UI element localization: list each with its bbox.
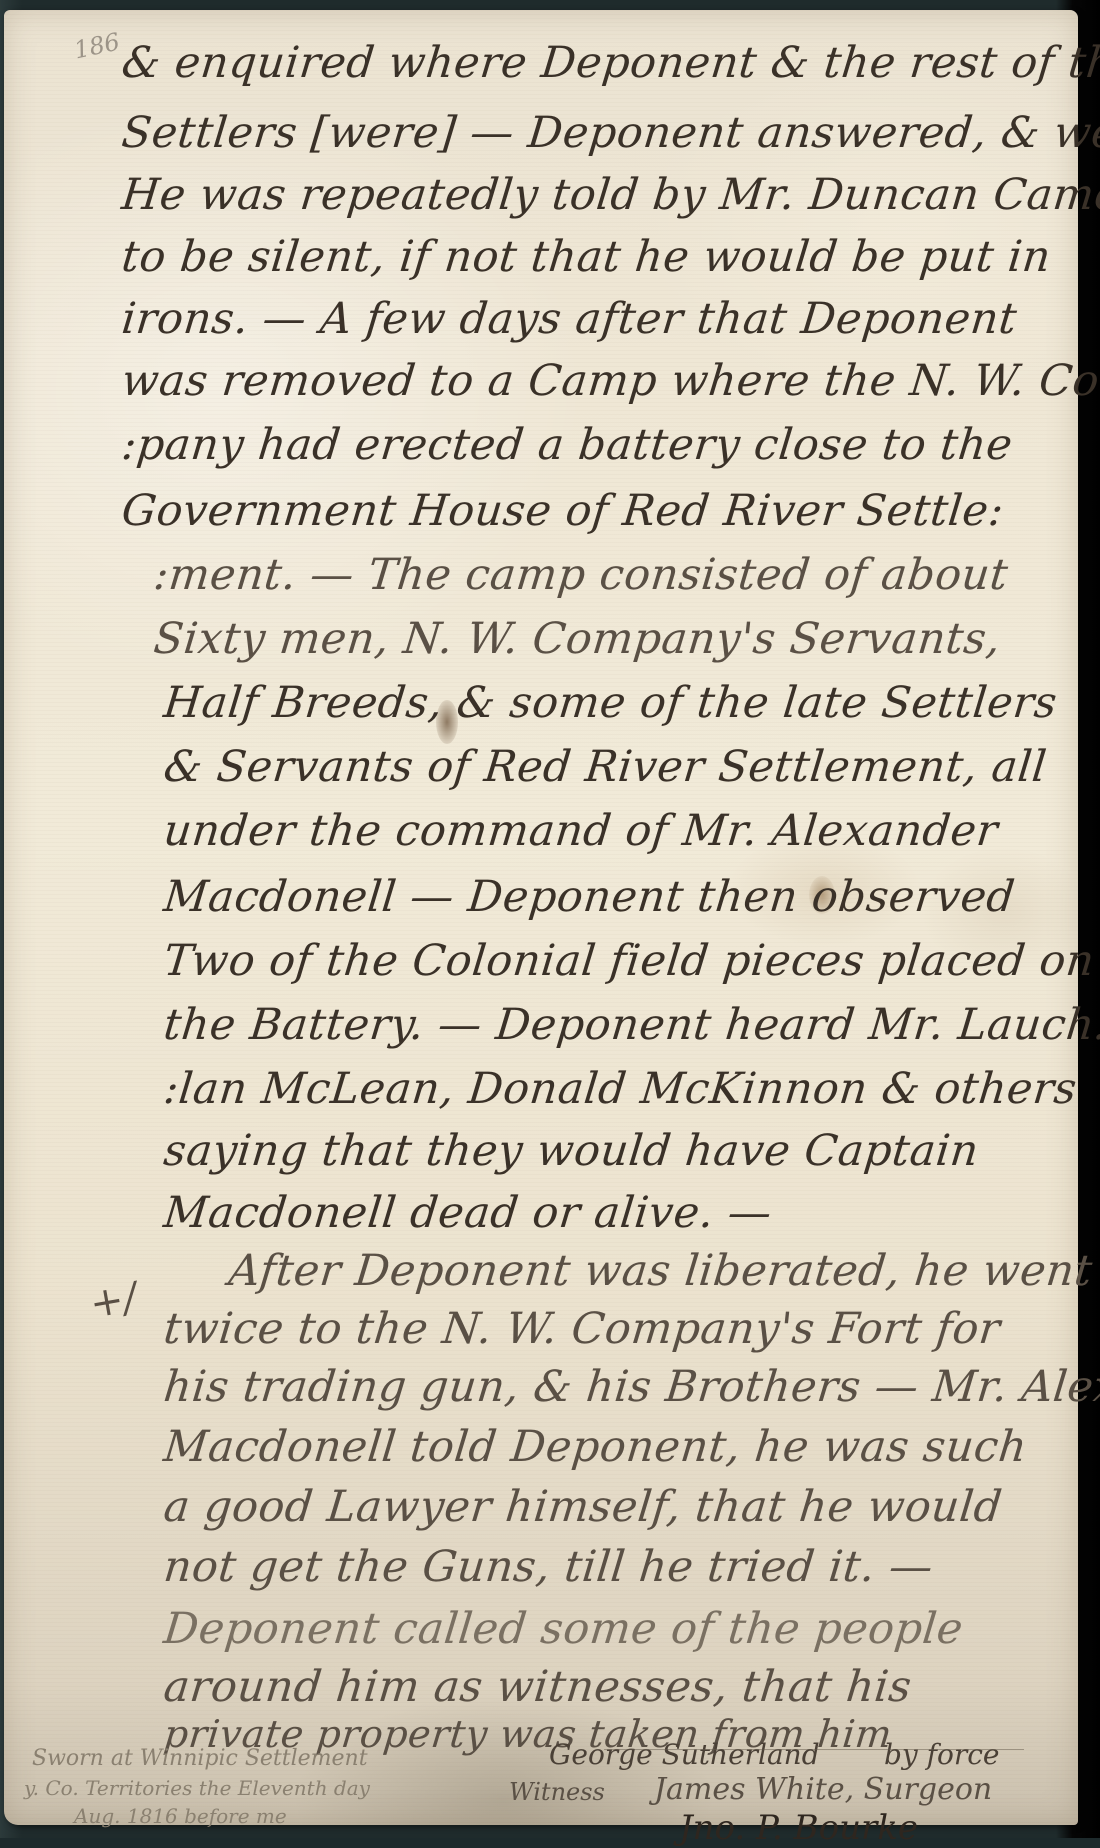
- witness-label: Witness: [509, 1778, 605, 1806]
- jurat-line-1: Sworn at Winnipic Settlement: [32, 1746, 368, 1771]
- text-line: Two of the Colonial field pieces placed …: [161, 936, 1097, 986]
- by-force-text: by force: [884, 1738, 1000, 1771]
- jurat-line-3: Aug. 1816 before me: [74, 1804, 287, 1828]
- text-line: Sixty men, N. W. Company's Servants,: [151, 614, 1003, 664]
- text-line: & enquired where Deponent & the rest of …: [119, 38, 1100, 88]
- text-line: Deponent called some of the people: [161, 1604, 965, 1654]
- margin-cross-mark: +/: [86, 1274, 140, 1327]
- deponent-signature: George Sutherland: [549, 1738, 820, 1771]
- text-line: saying that they would have Captain: [161, 1126, 981, 1176]
- text-line: was removed to a Camp where the N. W. Co…: [119, 356, 1100, 406]
- text-line: :ment. — The camp consisted of about: [151, 550, 1010, 600]
- text-line: the Battery. — Deponent heard Mr. Lauch:: [161, 1000, 1100, 1050]
- text-line: a good Lawyer himself, that he would: [161, 1482, 1004, 1532]
- text-line: around him as witnesses, that his: [161, 1662, 914, 1712]
- witness-name: James White, Surgeon: [654, 1772, 992, 1807]
- text-line: not get the Guns, till he tried it. —: [161, 1542, 935, 1592]
- text-line: Government House of Red River Settle:: [119, 486, 1006, 536]
- text-line: Settlers [were] — Deponent answered, & w…: [119, 108, 1100, 158]
- text-line: Half Breeds, & some of the late Settlers: [161, 678, 1059, 728]
- text-line: Macdonell told Deponent, he was such: [161, 1422, 1029, 1472]
- text-line: irons. — A few days after that Deponent: [119, 294, 1019, 344]
- manuscript-page: 186 & enquired where Deponent & the rest…: [4, 10, 1078, 1825]
- text-line: After Deponent was liberated, he went: [226, 1246, 1095, 1296]
- body-text: & enquired where Deponent & the rest of …: [4, 10, 1078, 1825]
- text-line: under the command of Mr. Alexander: [161, 806, 1000, 856]
- text-line: :pany had erected a battery close to the: [119, 420, 1015, 470]
- text-line: to be silent, if not that he would be pu…: [119, 232, 1053, 282]
- text-line: Macdonell dead or alive. —: [161, 1188, 774, 1238]
- text-line: his trading gun, & his Brothers — Mr. Al…: [161, 1362, 1100, 1412]
- text-line: :lan McLean, Donald McKinnon & others: [161, 1064, 1079, 1114]
- text-line: & Servants of Red River Settlement, all: [161, 742, 1049, 792]
- signature-rule: [604, 1749, 1024, 1750]
- magistrate-signature: Jno. P. Bourke: [679, 1808, 918, 1838]
- text-line: He was repeatedly told by Mr. Duncan Cam…: [119, 170, 1100, 220]
- jurat-line-2: y. Co. Territories the Eleventh day: [24, 1776, 370, 1800]
- text-line: Macdonell — Deponent then observed: [161, 872, 1017, 922]
- text-line: twice to the N. W. Company's Fort for: [161, 1304, 1002, 1354]
